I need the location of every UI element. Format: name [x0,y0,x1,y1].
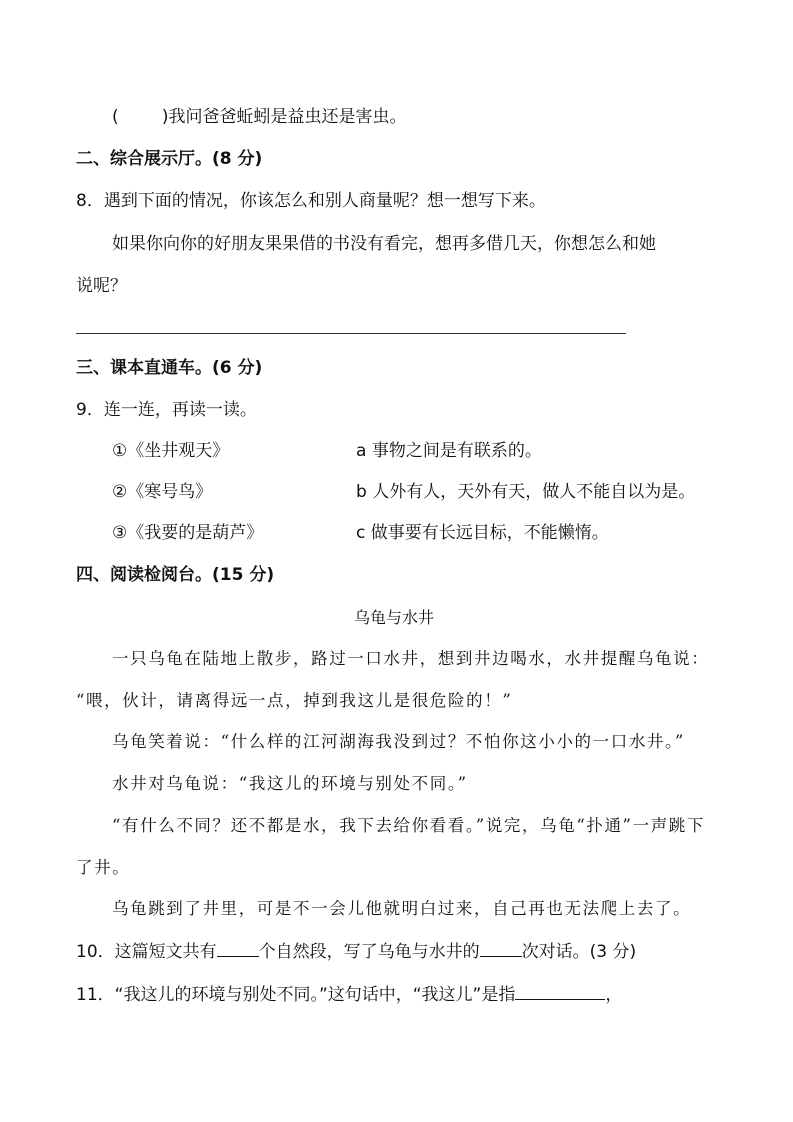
q10-blank-dialogues[interactable] [480,940,522,957]
passage-title: 乌龟与水井 [354,607,434,629]
q8-prompt: 8．遇到下面的情况，你该怎么和别人商量呢？想一想写下来。 [76,190,546,212]
q10-line: 10．这篇短文共有个自然段，写了乌龟与水井的次对话。(3 分) [76,940,636,963]
passage-p1-line1: 一只乌龟在陆地上散步，路过一口水井，想到井边喝水，水井提醒乌龟说： [112,648,709,670]
q8-scenario-line1: 如果你向你的好朋友果果借的书没有看完，想再多借几天，你想怎么和她 [112,233,656,255]
passage-p5: 乌龟跳到了井里，可是不一会儿他就明白过来，自己再也无法爬上去了。 [112,898,691,920]
section-2-heading: 二、综合展示厅。(8 分) [76,148,262,170]
q9-prompt: 9．连一连，再读一读。 [76,399,257,421]
q11-line: 11．“我这儿的环境与别处不同。”这句话中，“我这儿”是指， [76,983,622,1006]
match-right-b[interactable]: b 人外有人，天外有天，做人不能自以为是。 [356,481,695,503]
passage-p2: 乌龟笑着说：“什么样的江河湖海我没到过？不怕你这小小的一口水井。” [112,731,685,753]
q10-part2: 个自然段，写了乌龟与水井的 [259,942,480,962]
passage-p4-line2: 了井。 [76,857,130,879]
q7-tail-line: ( )我问爸爸蚯蚓是益虫还是害虫。 [112,106,407,128]
match-right-a[interactable]: a 事物之间是有联系的。 [356,440,542,462]
q11-blank[interactable] [515,983,605,1000]
match-right-c[interactable]: c 做事要有长远目标，不能懒惰。 [356,522,609,544]
match-left-2[interactable]: ②《寒号鸟》 [112,481,212,503]
q11-part1: 11．“我这儿的环境与别处不同。”这句话中，“我这儿”是指 [76,985,515,1005]
q7-text: 我问爸爸蚯蚓是益虫还是害虫。 [169,107,407,127]
passage-p1-line2: “喂，伙计，请离得远一点，掉到我这儿是很危险的！” [76,690,512,712]
section-4-heading: 四、阅读检阅台。(15 分) [76,564,274,586]
q10-part1: 10．这篇短文共有 [76,942,217,962]
q10-part3: 次对话。(3 分) [522,942,636,962]
q11-part2: ， [605,985,622,1005]
q8-answer-line[interactable] [76,333,626,334]
passage-p4-line1: “有什么不同？还不都是水，我下去给你看看。”说完，乌龟“扑通”一声跳下 [112,815,705,837]
section-3-heading: 三、课本直通车。(6 分) [76,357,262,379]
q10-blank-paragraphs[interactable] [217,940,259,957]
passage-p3: 水井对乌龟说：“我这儿的环境与别处不同。” [112,773,468,795]
answer-paren[interactable]: ( ) [112,107,169,127]
match-left-3[interactable]: ③《我要的是葫芦》 [112,522,263,544]
match-left-1[interactable]: ①《坐井观天》 [112,440,229,462]
q8-scenario-line2: 说呢？ [76,275,127,297]
